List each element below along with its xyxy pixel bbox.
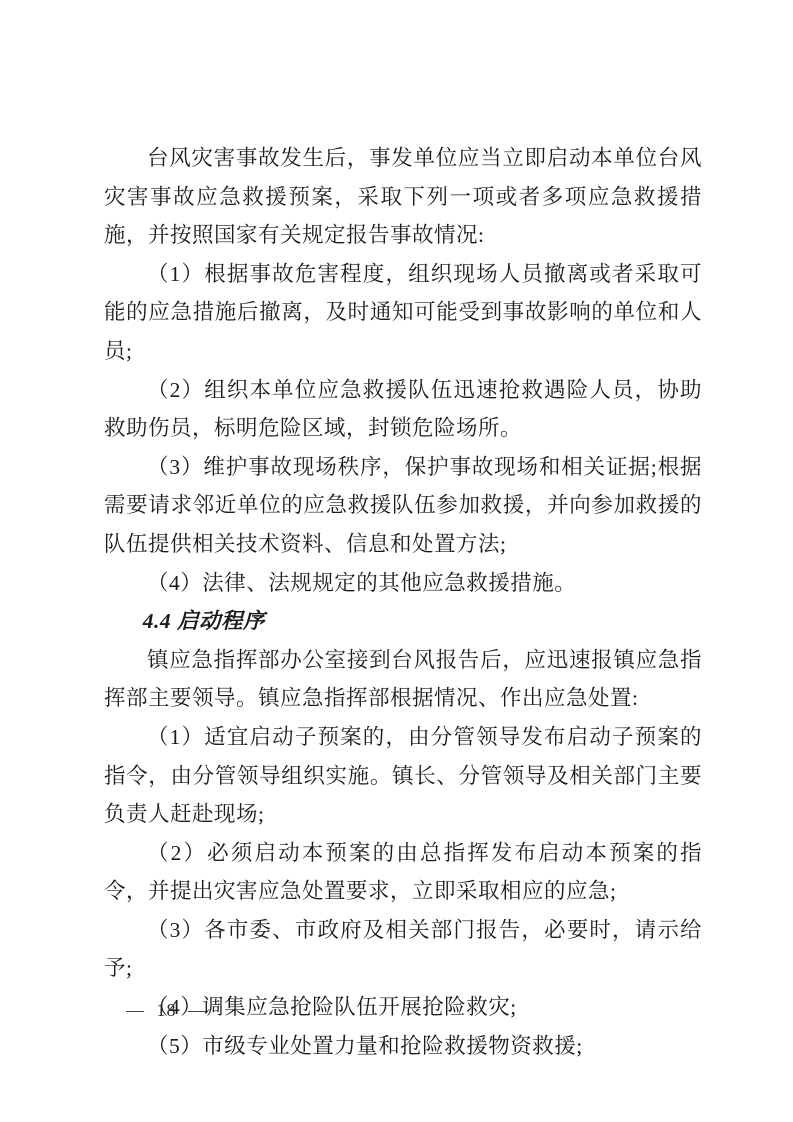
document-body: 台风灾害事故发生后，事发单位应当立即启动本单位台风灾害事故应急救援预案，采取下列… [104,139,702,1065]
paragraph: 镇应急指挥部办公室接到台风报告后，应迅速报镇应急指挥部主要领导。镇应急指挥部根据… [104,641,702,718]
page-number: — 18 — [126,1000,207,1021]
paragraph: （3）各市委、市政府及相关部门报告，必要时，请示给予; [104,911,702,988]
paragraph: 台风灾害事故发生后，事发单位应当立即启动本单位台风灾害事故应急救援预案，采取下列… [104,139,702,255]
paragraph: （1）根据事故危害程度，组织现场人员撤离或者采取可能的应急措施后撤离，及时通知可… [104,255,702,371]
paragraph: （2）必须启动本预案的由总指挥发布启动本预案的指令，并提出灾害应急处置要求，立即… [104,834,702,911]
paragraph: （4）法律、法规规定的其他应急救援措施。 [104,564,702,603]
paragraph: （3）维护事故现场秩序，保护事故现场和相关证据;根据需要请求邻近单位的应急救援队… [104,448,702,564]
paragraph: （2）组织本单位应急救援队伍迅速抢救遇险人员，协助救助伤员，标明危险区域，封锁危… [104,371,702,448]
paragraph: （1）适宜启动子预案的，由分管领导发布启动子预案的指令，由分管领导组织实施。镇长… [104,718,702,834]
document-page: 台风灾害事故发生后，事发单位应当立即启动本单位台风灾害事故应急救援预案，采取下列… [0,0,793,1122]
section-heading-4.4: 4.4 启动程序 [104,602,702,641]
paragraph: （5）市级专业处置力量和抢险救援物资救援; [104,1027,702,1066]
